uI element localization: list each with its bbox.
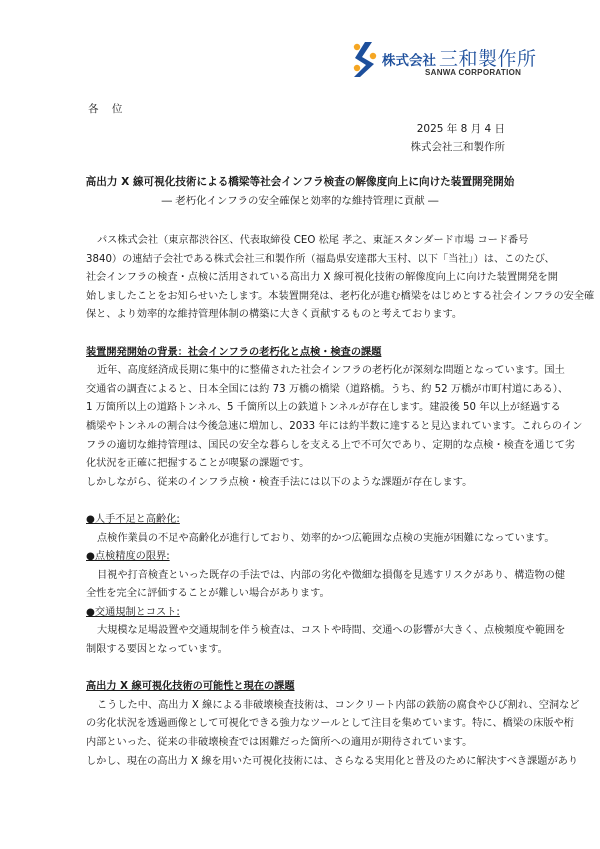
issue-title-traffic-cost: ●交通規制とコスト: [86, 607, 180, 618]
paragraph-line: 化状況を正確に把握することが喫緊の課題です。 [86, 455, 514, 474]
issue-line: 制限する要因となっています。 [86, 641, 514, 660]
paragraph-line: 内部といった、従来の非破壊検査では困難だった箇所への適用が期待されています。 [86, 734, 514, 753]
intro-line: 3840）の連結子会社である株式会社三和製作所（福島県安達郡大玉村、以下「当社」… [86, 251, 514, 270]
issue-line: 大規模な足場設置や交通規制を伴う検査は、コストや時間、交通への影響が大きく、点検… [86, 622, 514, 641]
paragraph-line: の劣化状況を透過画像として可視化できる強力なツールとして注目を集めています。特に… [86, 715, 514, 734]
section-heading-xray: 高出力 X 線可視化技術の可能性と現在の課題 [86, 678, 514, 697]
issue-line: 目視や打音検査といった既存の手法では、内部の劣化や微細な損傷を見逃すリスクがあり… [86, 567, 514, 586]
section-heading-background: 装置開発開始の背景：社会インフラの老朽化と点検・検査の課題 [86, 344, 514, 363]
issue-line: 全性を完全に評価することが難しい場合があります。 [86, 585, 514, 604]
spacer [86, 660, 514, 679]
document-body: パス株式会社（東京都渋谷区、代表取締役 CEO 松尾 孝之、東証スタンダード市場… [86, 232, 514, 771]
issue-line: 点検作業員の不足や高齢化が進行しており、効率的かつ広範囲な点検の実施が困難になっ… [86, 530, 514, 549]
logo-company-name: 株式会社三和製作所 [382, 44, 537, 71]
intro-line: パス株式会社（東京都渋谷区、代表取締役 CEO 松尾 孝之、東証スタンダード市場… [86, 232, 514, 251]
logo-english-name: SANWA CORPORATION [425, 68, 521, 77]
paragraph-line: 橋梁やトンネルの割合は今後急速に増加し、2033 年には約半数に達すると見込まれ… [86, 418, 514, 437]
release-date: 2025 年 8 月 4 日 [417, 121, 505, 136]
spacer [86, 325, 514, 344]
spacer [86, 492, 514, 511]
press-release-page: 株式会社三和製作所 SANWA CORPORATION 各 位 2025 年 8… [0, 0, 600, 849]
intro-line: 社会インフラの検査・点検に活用されている高出力 X 線可視化技術の解像度向上に向… [86, 269, 514, 288]
paragraph-line: 1 万箇所以上の道路トンネル、5 千箇所以上の鉄道トンネルが存在します。建設後 … [86, 399, 514, 418]
paragraph-line: フラの適切な維持管理は、国民の安全な暮らしを支える上で不可欠であり、定期的な点検… [86, 437, 514, 456]
issue-title-accuracy: ●点検精度の限界: [86, 551, 170, 562]
addressee: 各 位 [88, 101, 127, 116]
logo-kk: 株式会社 [382, 53, 436, 69]
document-subtitle: ― 老朽化インフラの安全確保と効率的な維持管理に貢献 ― [0, 192, 600, 207]
intro-line: 始しましたことをお知らせいたします。本装置開発は、老朽化が進む橋梁をはじめとする… [86, 288, 514, 307]
company-logo: 株式会社三和製作所 SANWA CORPORATION [352, 40, 522, 82]
paragraph-line: しかし、現在の高出力 X 線を用いた可視化技術には、さらなる実用化と普及のために… [86, 753, 514, 772]
paragraph-line: しかしながら、従来のインフラ点検・検査手法には以下のような課題が存在します。 [86, 474, 514, 493]
paragraph-line: 近年、高度経済成長期に集中的に整備された社会インフラの老朽化が深刻な問題となって… [86, 362, 514, 381]
issue-title-labor: ●人手不足と高齢化: [86, 514, 180, 525]
logo-name: 三和製作所 [439, 48, 537, 70]
intro-line: 保と、より効率的な維持管理体制の構築に大きく貢献するものと考えております。 [86, 306, 514, 325]
issuer-name: 株式会社三和製作所 [411, 139, 506, 154]
paragraph-line: 交通省の調査によると、日本全国には約 73 万橋の橋梁（道路橋。うち、約 52 … [86, 381, 514, 400]
paragraph-line: こうした中、高出力 X 線による非破壊検査技術は、コンクリート内部の鉄筋の腐食や… [86, 697, 514, 716]
sanwa-logo-mark-icon [352, 40, 378, 78]
document-title: 高出力 X 線可視化技術による橋梁等社会インフラ検査の解像度向上に向けた装置開発… [0, 174, 600, 189]
